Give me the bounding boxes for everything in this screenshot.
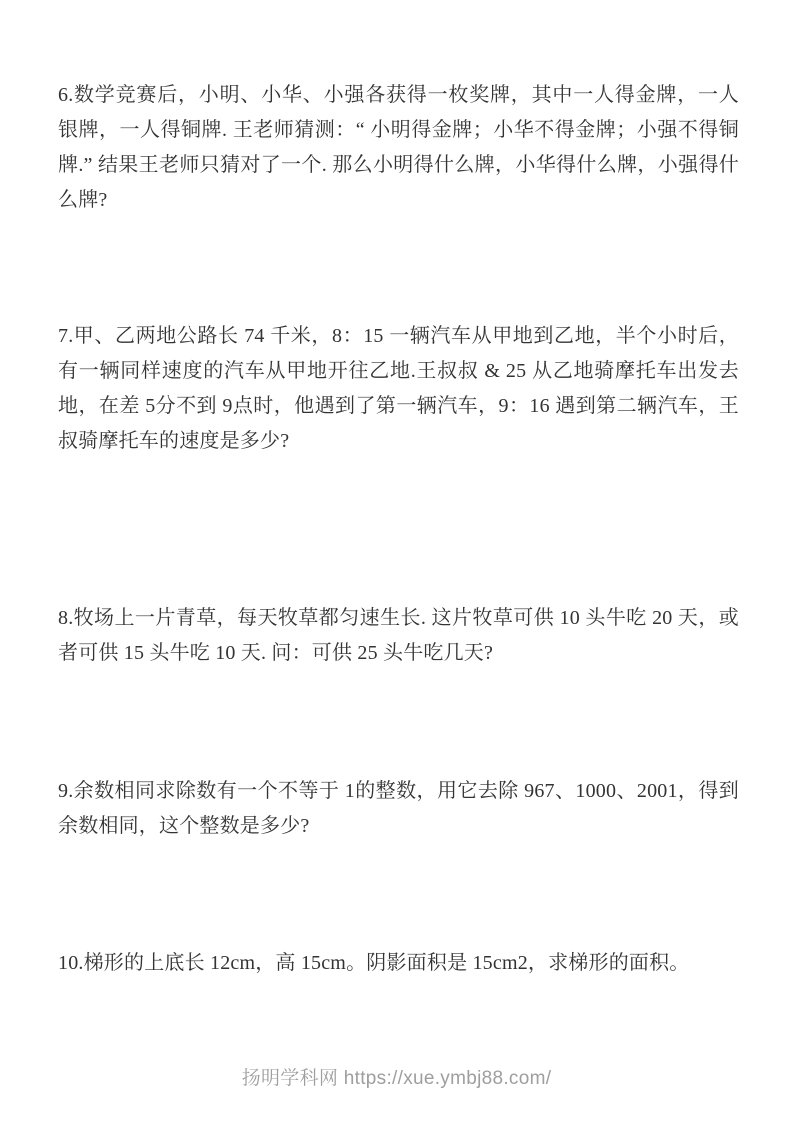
problem-6-line-2: 银牌，一人得铜牌. 王老师猜测：“ 小明得金牌；小华不得金牌；小强不得铜 xyxy=(58,113,739,148)
problem-6-line-4: 么牌? xyxy=(58,183,739,218)
problem-9-line-2: 余数相同，这个整数是多少? xyxy=(58,809,739,844)
problem-10-line-1: 10.梯形的上底长 12cm，高 15cm。阴影面积是 15cm2，求梯形的面积… xyxy=(58,946,739,981)
problem-7-line-4: 叔骑摩托车的速度是多少? xyxy=(58,424,739,459)
problem-6-line-1: 6.数学竞赛后，小明、小华、小强各获得一枚奖牌，其中一人得金牌，一人得 xyxy=(58,78,739,113)
problem-6-line-3: 牌.” 结果王老师只猜对了一个. 那么小明得什么牌，小华得什么牌，小强得什 xyxy=(58,148,739,183)
problem-7-line-1: 7.甲、乙两地公路长 74 千米，8：15 一辆汽车从甲地到乙地，半个小时后，又 xyxy=(58,319,739,354)
problem-9-line-1: 9.余数相同求除数有一个不等于 1的整数，用它去除 967、1000、2001，… xyxy=(58,774,739,809)
problem-8-line-2: 者可供 15 头牛吃 10 天. 问：可供 25 头牛吃几天? xyxy=(58,636,739,671)
problem-7-line-3: 地，在差 5分不到 9点时，他遇到了第一辆汽车，9：16 遇到第二辆汽车，王叔 xyxy=(58,389,739,424)
problem-7-line-2: 有一辆同样速度的汽车从甲地开往乙地.王叔叔 & 25 从乙地骑摩托车出发去甲 xyxy=(58,354,739,389)
problem-9: 9.余数相同求除数有一个不等于 1的整数，用它去除 967、1000、2001，… xyxy=(58,774,739,844)
problem-6: 6.数学竞赛后，小明、小华、小强各获得一枚奖牌，其中一人得金牌，一人得 银牌，一… xyxy=(58,78,739,218)
problem-7: 7.甲、乙两地公路长 74 千米，8：15 一辆汽车从甲地到乙地，半个小时后，又… xyxy=(58,319,739,459)
problem-10: 10.梯形的上底长 12cm，高 15cm。阴影面积是 15cm2，求梯形的面积… xyxy=(58,946,739,981)
problem-8: 8.牧场上一片青草，每天牧草都匀速生长. 这片牧草可供 10 头牛吃 20 天，… xyxy=(58,601,739,671)
worksheet-page: 6.数学竞赛后，小明、小华、小强各获得一枚奖牌，其中一人得金牌，一人得 银牌，一… xyxy=(0,0,793,1122)
problem-8-line-1: 8.牧场上一片青草，每天牧草都匀速生长. 这片牧草可供 10 头牛吃 20 天，… xyxy=(58,601,739,636)
watermark-footer: 扬明学科网 https://xue.ymbj88.com/ xyxy=(0,1064,793,1094)
